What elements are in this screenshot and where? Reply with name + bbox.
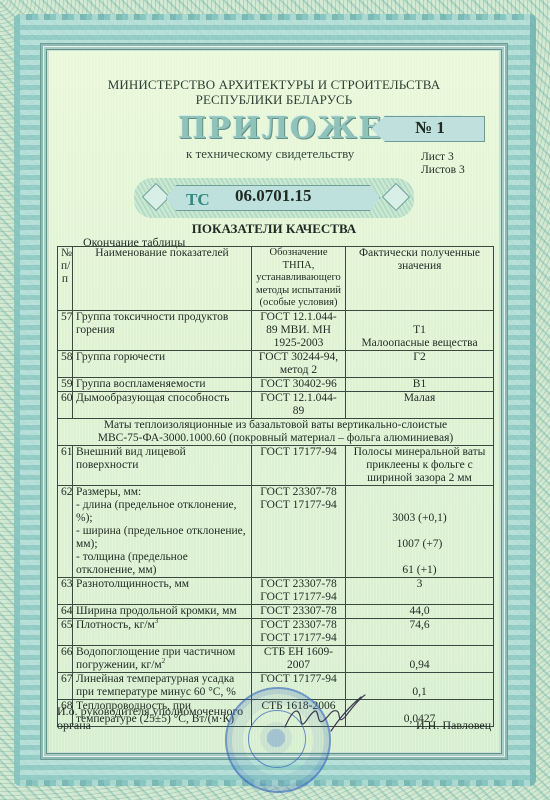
row-value: Полосы минеральной ваты приклеены к фоль… [346,445,494,485]
product-heading-line-2: МВС-75-ФА-3000.1000.60 (покровный матери… [61,432,490,445]
row-num: 61 [58,445,73,485]
row-num: 67 [58,672,73,699]
header-num: № п/п [58,247,73,311]
header-value: Фактически полученные значения [346,247,494,311]
row-num: 58 [58,350,73,377]
gost-line: ГОСТ 17177-94 [255,591,342,604]
header-name: Наименование показателей [73,247,252,311]
gost-line: ГОСТ 17177-94 [255,499,342,512]
value-line: Т1 [349,324,490,337]
sheets-total: Листов 3 [421,164,465,177]
row-name: Группа воспламеняемости [73,377,252,391]
row-gost: ГОСТ 23307-78 [252,604,346,618]
row-gost: ГОСТ 30244-94, метод 2 [252,350,346,377]
row-value: 44,0 [346,604,494,618]
sheet-number: Лист 3 [421,151,465,164]
row-num: 57 [58,310,73,350]
gost-line: ГОСТ 23307-78 [255,619,342,632]
name-text: Плотность, кг/м [76,619,155,631]
row-num: 66 [58,645,73,672]
row-name: Плотность, кг/м3 [73,618,252,645]
table-row: 59Группа воспламеняемостиГОСТ 30402-96В1 [58,377,494,391]
row-value: 74,6 [346,618,494,645]
row-gost: СТБ ЕН 1609-2007 [252,645,346,672]
name-line: - длина (предельное отклонение, %); [76,499,248,525]
gost-line: ГОСТ 23307-78 [255,486,342,499]
product-heading: Маты теплоизоляционные из базальтовой ва… [58,418,494,445]
signature-icon [279,691,369,741]
value-line: В1 [349,378,490,391]
row-name: Разнотолщинность, мм [73,577,252,604]
table-row: 62 Размеры, мм: - длина (предельное откл… [58,485,494,577]
row-name: Ширина продольной кромки, мм [73,604,252,618]
name-line: - толщина (предельное отклонение, мм) [76,551,248,577]
row-gost: ГОСТ 30402-96 [252,377,346,391]
table-row: 64 Ширина продольной кромки, мм ГОСТ 233… [58,604,494,618]
signatory-name: И.Н. Павловец [416,718,491,733]
row-num: 65 [58,618,73,645]
row-num: 60 [58,391,73,418]
unit-superscript: 3 [155,617,159,625]
value-width: 1007 (+7) [349,525,490,551]
row-value: Малая [346,391,494,418]
row-value: 3003 (+0,1) 1007 (+7) 61 (+1) [346,485,494,577]
name-line: Размеры, мм: [76,486,248,499]
ministry-heading: МИНИСТЕРСТВО АРХИТЕКТУРЫ И СТРОИТЕЛЬСТВА… [49,77,499,107]
signatory-position: И.о. руководителя уполномоченного органа [57,704,243,732]
tc-label: ТС [186,190,210,210]
gost-line: ГОСТ 23307-78 [255,578,342,591]
header-gost: Обозначение ТНПА, устанавливающего метод… [252,247,346,311]
row-value: 0,94 [346,645,494,672]
table-row: 57Группа токсичности продуктов горенияГО… [58,310,494,350]
value-line: Малоопасные вещества [349,337,490,350]
row-num: 64 [58,604,73,618]
appendix-number: № 1 [415,118,445,138]
table-header-row: № п/п Наименование показателей Обозначен… [58,247,494,311]
name-text: Водопоглощение при частичном погружении,… [76,646,235,671]
row-gost: ГОСТ 23307-78 ГОСТ 17177-94 [252,577,346,604]
row-gost: ГОСТ 17177-94 [252,445,346,485]
quality-table: № п/п Наименование показателей Обозначен… [57,246,494,727]
product-section-row: Маты теплоизоляционные из базальтовой ва… [58,418,494,445]
tc-number: 06.0701.15 [235,186,312,206]
row-num: 62 [58,485,73,577]
row-value: Т1Малоопасные вещества [346,310,494,350]
table-row: 66 Водопоглощение при частичном погружен… [58,645,494,672]
row-gost: ГОСТ 12.1.044-89 МВИ. МН 1925-2003 [252,310,346,350]
ministry-line-2: РЕСПУБЛИКИ БЕЛАРУСЬ [49,92,499,107]
table-row: 65 Плотность, кг/м3 ГОСТ 23307-78 ГОСТ 1… [58,618,494,645]
ministry-line-1: МИНИСТЕРСТВО АРХИТЕКТУРЫ И СТРОИТЕЛЬСТВА [49,77,499,92]
unit-superscript: 2 [162,657,166,665]
row-name: Водопоглощение при частичном погружении,… [73,645,252,672]
value-line: Малая [349,392,490,405]
row-value: В1 [346,377,494,391]
table-row: 58Группа горючестиГОСТ 30244-94, метод 2… [58,350,494,377]
sheet-info: Лист 3 Листов 3 [421,151,465,177]
row-name: Дымообразующая способность [73,391,252,418]
table-row: 61 Внешний вид лицевой поверхности ГОСТ … [58,445,494,485]
value-line: Г2 [349,351,490,364]
row-name: Группа горючести [73,350,252,377]
row-name: Группа токсичности продуктов горения [73,310,252,350]
certificate-page: МИНИСТЕРСТВО АРХИТЕКТУРЫ И СТРОИТЕЛЬСТВА… [49,51,499,752]
row-name: Внешний вид лицевой поверхности [73,445,252,485]
gost-line: ГОСТ 17177-94 [255,632,342,645]
row-num: 59 [58,377,73,391]
value-length: 3003 (+0,1) [349,486,490,525]
row-gost: ГОСТ 12.1.044-89 [252,391,346,418]
value-thickness: 61 (+1) [349,551,490,577]
row-gost: ГОСТ 23307-78 ГОСТ 17177-94 [252,618,346,645]
row-value: Г2 [346,350,494,377]
table-row: 63 Разнотолщинность, мм ГОСТ 23307-78 ГО… [58,577,494,604]
appendix-subtitle: к техническому свидетельству [186,146,354,162]
row-num: 63 [58,577,73,604]
table-row: 60Дымообразующая способностьГОСТ 12.1.04… [58,391,494,418]
product-heading-line-1: Маты теплоизоляционные из базальтовой ва… [61,419,490,432]
name-line: - ширина (предельное отклонение, мм); [76,525,248,551]
row-name: Размеры, мм: - длина (предельное отклоне… [73,485,252,577]
position-line-2: органа [57,718,243,732]
position-line-1: И.о. руководителя уполномоченного [57,704,243,718]
row-gost: ГОСТ 23307-78 ГОСТ 17177-94 [252,485,346,577]
row-name: Линейная температурная усадка при темпер… [73,672,252,699]
row-value: 3 [346,577,494,604]
